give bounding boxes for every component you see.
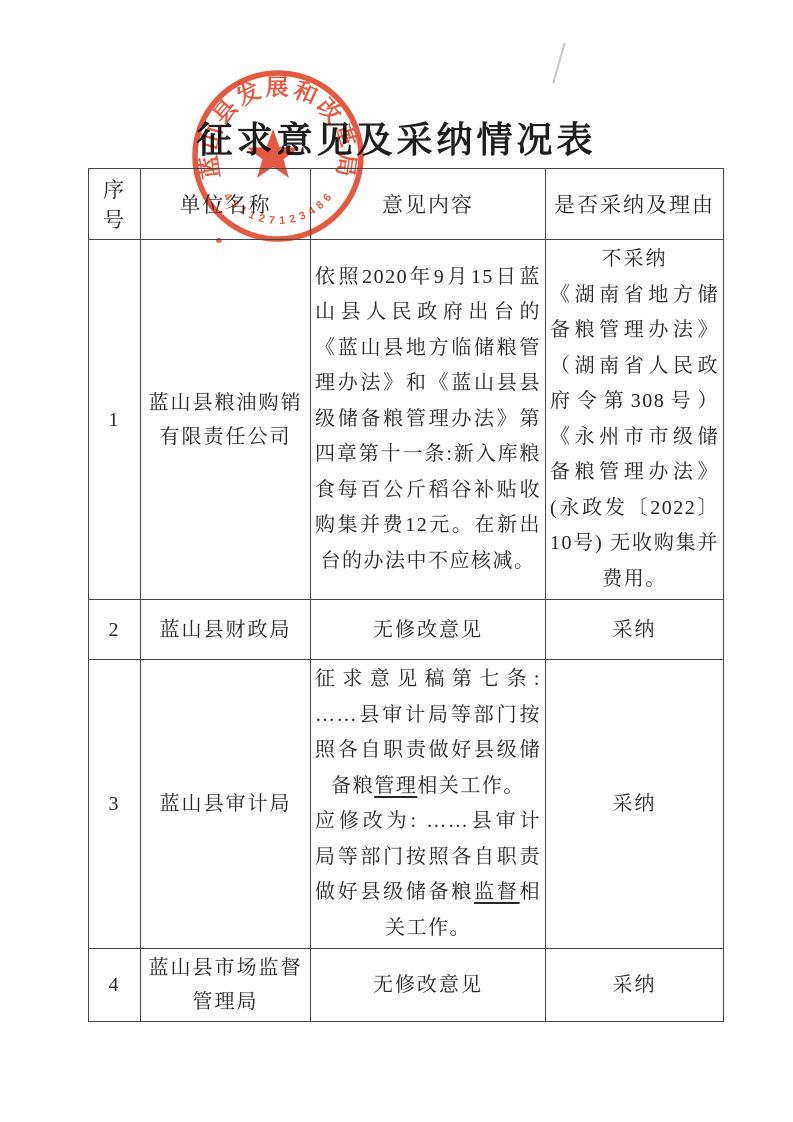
row4-adoption: 采纳: [546, 949, 724, 1022]
row1-opinion: 依照2020年9月15日蓝山县人民政府出台的《蓝山县地方临储粮管理办法》和《蓝山…: [311, 240, 546, 600]
opinion-table: 序号 单位名称 意见内容 是否采纳及理由 1 蓝山县粮油购销有限责任公司 依照2…: [88, 168, 724, 1022]
row4-no: 4: [89, 949, 141, 1022]
table-row: 4 蓝山县市场监督管理局 无修改意见 采纳: [89, 949, 724, 1022]
row4-unit: 蓝山县市场监督管理局: [141, 949, 311, 1022]
row3-opinion-revision: 应修改为: ……县审计局等部门按照各自职责做好县级储备粮监督相关工作。: [315, 804, 541, 946]
row2-no: 2: [89, 600, 141, 660]
row2-unit: 蓝山县财政局: [141, 600, 311, 660]
row2-opinion: 无修改意见: [311, 600, 546, 660]
header-no: 序号: [89, 169, 141, 240]
header-adoption: 是否采纳及理由: [546, 169, 724, 240]
row4-opinion: 无修改意见: [311, 949, 546, 1022]
header-unit: 单位名称: [141, 169, 311, 240]
header-opinion: 意见内容: [311, 169, 546, 240]
opinion-table-container: 序号 单位名称 意见内容 是否采纳及理由 1 蓝山县粮油购销有限责任公司 依照2…: [88, 168, 724, 1022]
page-title: 征求意见及采纳情况表: [0, 112, 793, 163]
row3-opinion-p1-underlined: 管理: [374, 775, 417, 797]
row1-no: 1: [89, 240, 141, 600]
row3-adoption: 采纳: [546, 660, 724, 949]
row1-adoption-result: 不采纳: [550, 242, 719, 278]
row1-adoption-reason: 《湖南省地方储备粮管理办法》（湖南省人民政府令第308号）《永州市市级储备粮管理…: [550, 278, 719, 598]
table-row: 3 蓝山县审计局 征求意见稿第七条: ……县审计局等部门按照各自职责做好县级储备…: [89, 660, 724, 949]
row1-adoption-cell: 不采纳 《湖南省地方储备粮管理办法》（湖南省人民政府令第308号）《永州市市级储…: [546, 240, 724, 600]
table-header-row: 序号 单位名称 意见内容 是否采纳及理由: [89, 169, 724, 240]
pen-stroke-mark: [552, 43, 565, 84]
row3-opinion-original: 征求意见稿第七条: ……县审计局等部门按照各自职责做好县级储备粮管理相关工作。: [315, 662, 541, 804]
row3-no: 3: [89, 660, 141, 949]
row2-adoption: 采纳: [546, 600, 724, 660]
scanned-document-page: 征求意见及采纳情况表 蓝山县发展和改革局 431127123486 序号 单位名…: [0, 0, 793, 1122]
row3-opinion-p1-tail: 相关工作。: [417, 775, 525, 797]
table-row: 2 蓝山县财政局 无修改意见 采纳: [89, 600, 724, 660]
row1-unit: 蓝山县粮油购销有限责任公司: [141, 240, 311, 600]
row3-opinion-p2-underlined: 监督: [474, 881, 519, 903]
row3-unit: 蓝山县审计局: [141, 660, 311, 949]
table-row: 1 蓝山县粮油购销有限责任公司 依照2020年9月15日蓝山县人民政府出台的《蓝…: [89, 240, 724, 600]
row3-opinion-cell: 征求意见稿第七条: ……县审计局等部门按照各自职责做好县级储备粮管理相关工作。 …: [311, 660, 546, 949]
